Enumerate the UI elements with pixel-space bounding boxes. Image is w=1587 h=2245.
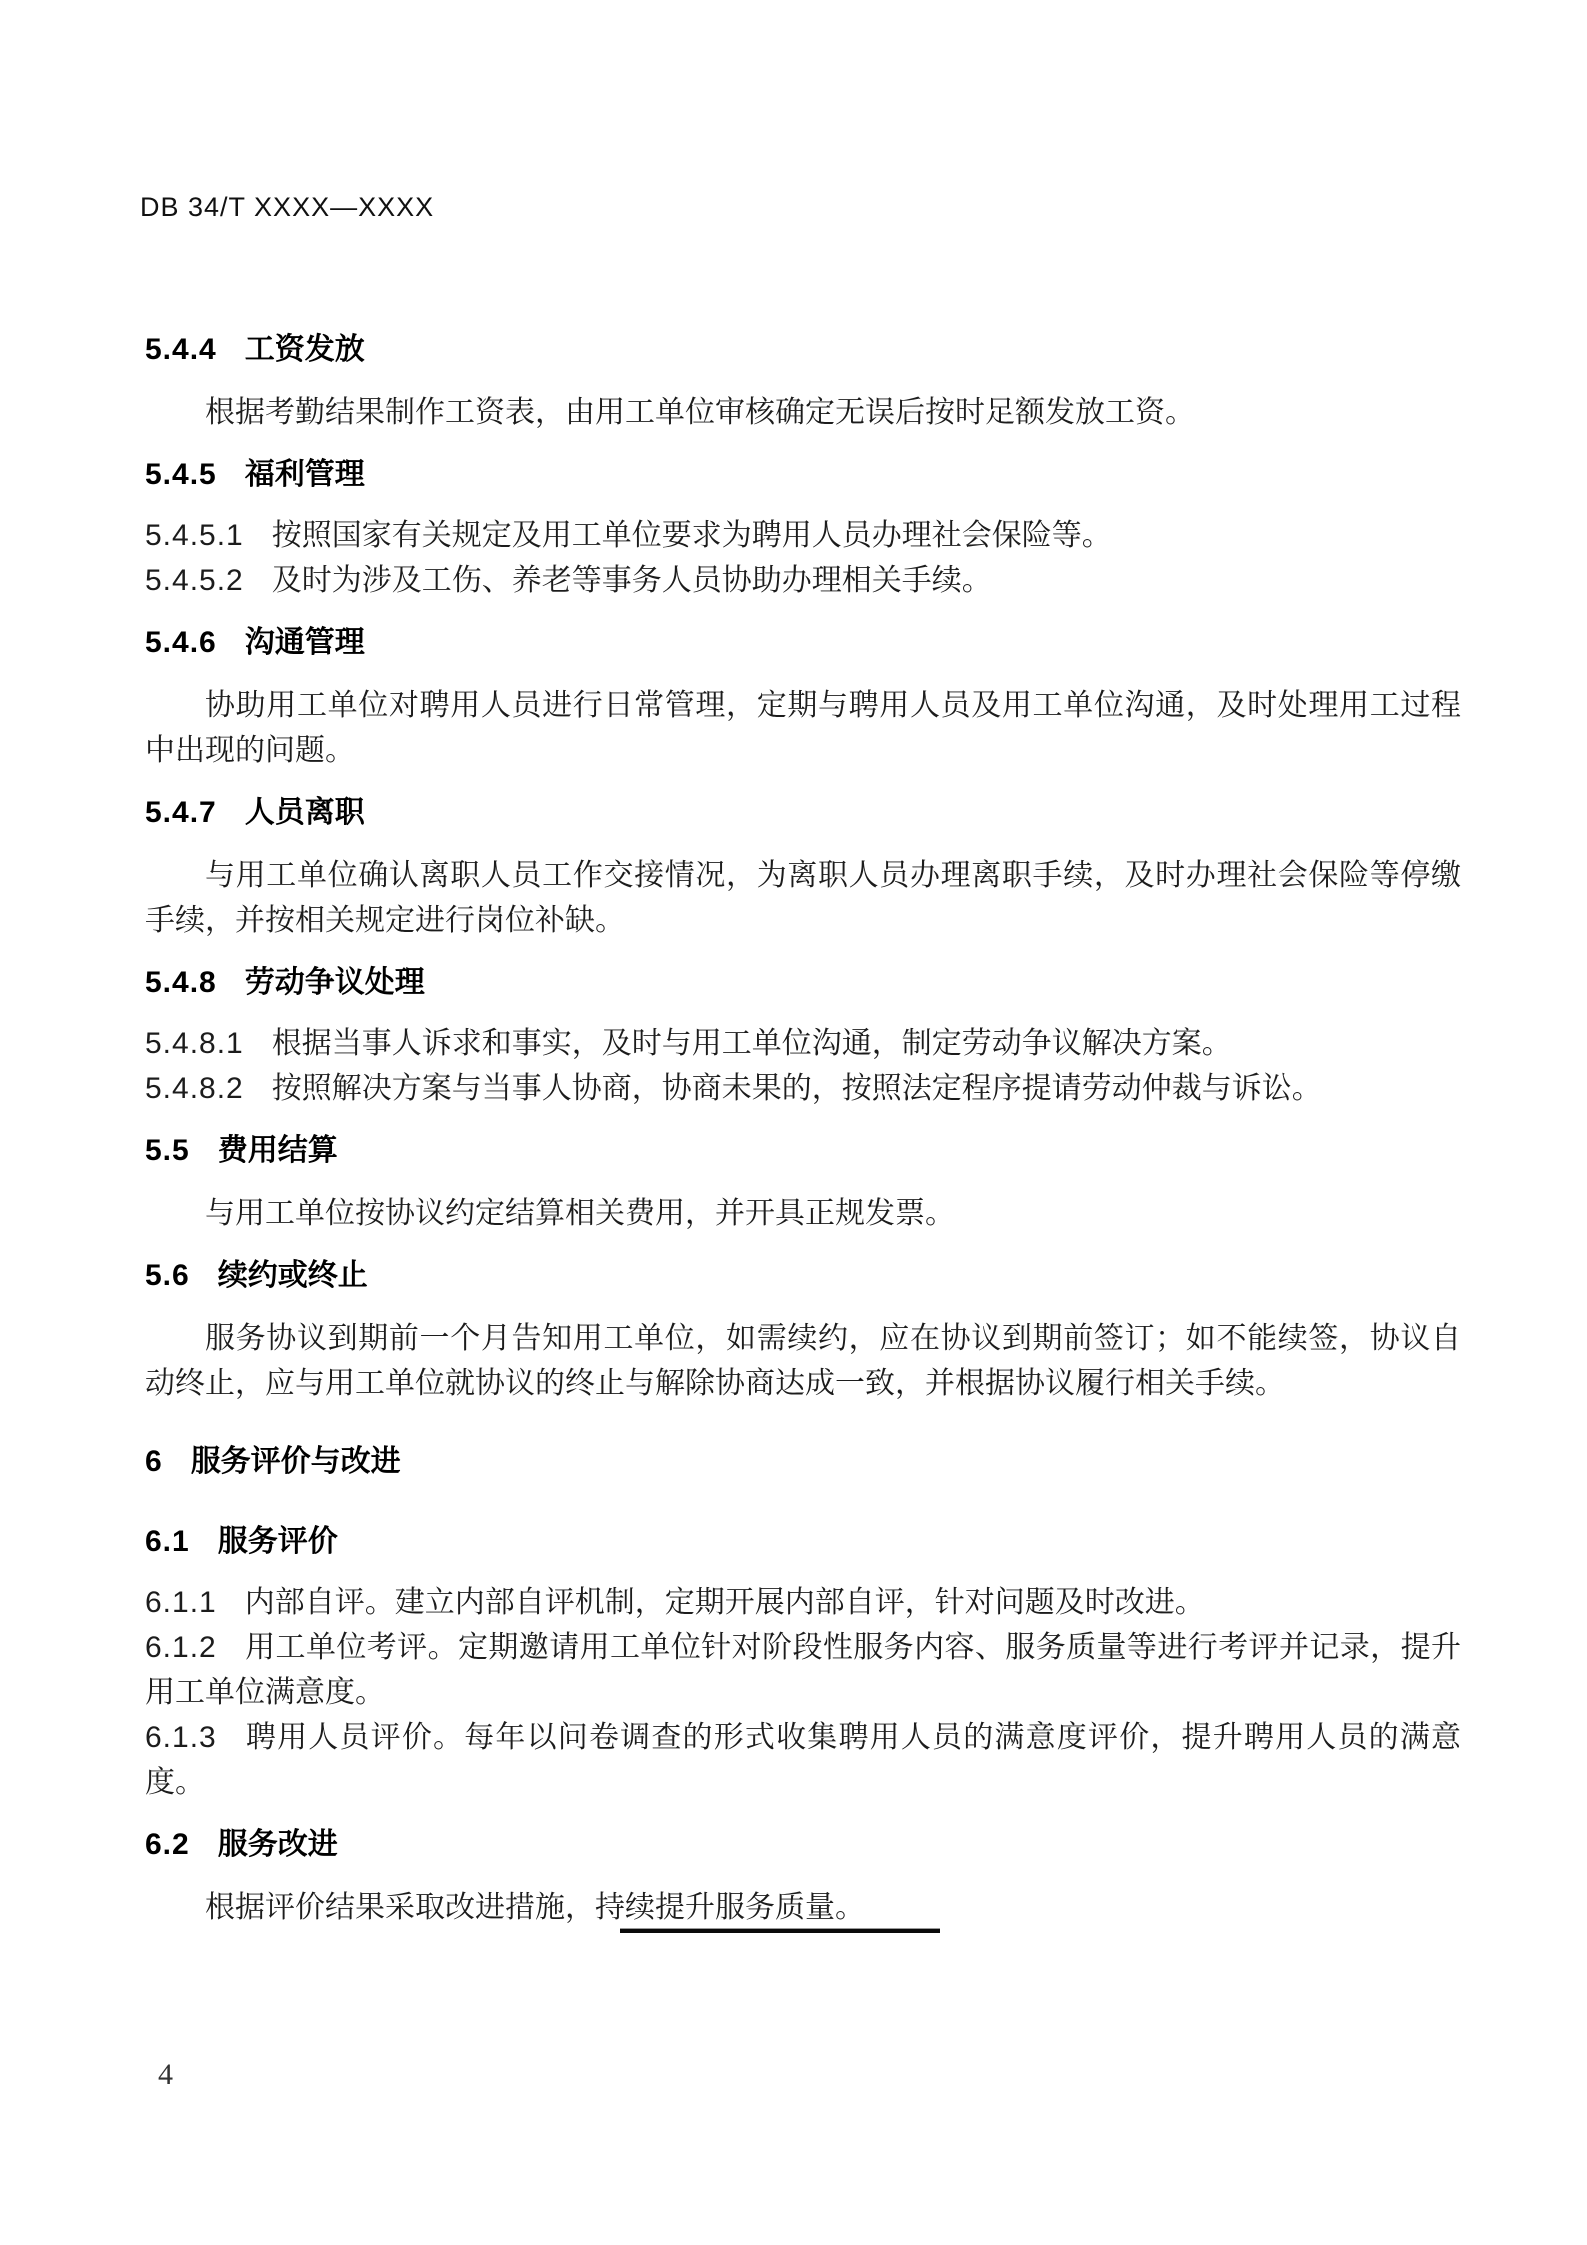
section-heading: 6服务评价与改进	[145, 1442, 1461, 1482]
paragraph-text: 与用工单位按协议约定结算相关费用，并开具正规发票。	[205, 1197, 955, 1230]
clause-heading: 5.4.5福利管理	[145, 455, 1461, 495]
clause-heading: 5.4.4工资发放	[145, 330, 1461, 370]
clause-number: 5.4.5	[145, 458, 217, 491]
clause-item-text: 根据当事人诉求和事实，及时与用工单位沟通，制定劳动争议解决方案。	[272, 1027, 1232, 1060]
clause-item-text: 用工单位考评。定期邀请用工单位针对阶段性服务内容、服务质量等进行考评并记录，提升…	[145, 1631, 1461, 1709]
document-page: { "page": { "header": "DB 34/T XXXX—XXXX…	[0, 0, 1587, 2245]
body-paragraph: 协助用工单位对聘用人员进行日常管理，定期与聘用人员及用工单位沟通，及时处理用工过…	[145, 683, 1461, 773]
clause-number: 5.6	[145, 1259, 190, 1292]
numbered-clause-item: 6.1.2用工单位考评。定期邀请用工单位针对阶段性服务内容、服务质量等进行考评并…	[145, 1625, 1461, 1715]
clause-item-text: 内部自评。建立内部自评机制，定期开展内部自评，针对问题及时改进。	[245, 1586, 1205, 1619]
clause-heading: 6.1服务评价	[145, 1522, 1461, 1562]
clause-item-number: 5.4.8.1	[145, 1027, 244, 1060]
clause-title: 费用结算	[218, 1134, 338, 1167]
clause-title: 续约或终止	[218, 1259, 368, 1292]
end-of-document-divider	[620, 1928, 940, 1933]
numbered-clause-item: 6.1.3聘用人员评价。每年以问卷调查的形式收集聘用人员的满意度评价，提升聘用人…	[145, 1715, 1461, 1805]
clause-number: 6.1	[145, 1525, 190, 1558]
body-paragraph: 根据考勤结果制作工资表，由用工单位审核确定无误后按时足额发放工资。	[145, 390, 1461, 435]
body-paragraph: 与用工单位确认离职人员工作交接情况，为离职人员办理离职手续，及时办理社会保险等停…	[145, 853, 1461, 943]
clause-title: 劳动争议处理	[245, 966, 425, 999]
clause-item-number: 6.1.3	[145, 1721, 217, 1754]
clause-heading: 5.4.8劳动争议处理	[145, 963, 1461, 1003]
numbered-clause-item: 5.4.8.1根据当事人诉求和事实，及时与用工单位沟通，制定劳动争议解决方案。	[145, 1021, 1461, 1066]
clause-item-text: 按照国家有关规定及用工单位要求为聘用人员办理社会保险等。	[272, 519, 1112, 552]
clause-number: 5.4.8	[145, 966, 217, 999]
document-code-header: DB 34/T XXXX—XXXX	[140, 192, 434, 223]
clause-item-number: 6.1.1	[145, 1586, 217, 1619]
clause-item-text: 按照解决方案与当事人协商，协商未果的，按照法定程序提请劳动仲裁与诉讼。	[272, 1072, 1322, 1105]
clause-title: 福利管理	[245, 458, 365, 491]
clause-number: 5.4.7	[145, 796, 217, 829]
clause-item-number: 6.1.2	[145, 1631, 217, 1664]
document-body: 5.4.4工资发放 根据考勤结果制作工资表，由用工单位审核确定无误后按时足额发放…	[145, 310, 1461, 1930]
clause-title: 人员离职	[245, 796, 365, 829]
clause-number: 5.5	[145, 1134, 190, 1167]
numbered-clause-item: 6.1.1内部自评。建立内部自评机制，定期开展内部自评，针对问题及时改进。	[145, 1580, 1461, 1625]
clause-title: 服务改进	[218, 1828, 338, 1861]
clause-heading: 5.6续约或终止	[145, 1256, 1461, 1296]
paragraph-text: 根据评价结果采取改进措施，持续提升服务质量。	[205, 1891, 865, 1924]
numbered-clause-item: 5.4.8.2按照解决方案与当事人协商，协商未果的，按照法定程序提请劳动仲裁与诉…	[145, 1066, 1461, 1111]
clause-item-text: 聘用人员评价。每年以问卷调查的形式收集聘用人员的满意度评价，提升聘用人员的满意度…	[145, 1721, 1461, 1799]
clause-item-number: 5.4.5.1	[145, 519, 244, 552]
clause-heading: 5.4.6沟通管理	[145, 623, 1461, 663]
body-paragraph: 与用工单位按协议约定结算相关费用，并开具正规发票。	[145, 1191, 1461, 1236]
clause-heading: 5.5费用结算	[145, 1131, 1461, 1171]
numbered-clause-item: 5.4.5.2及时为涉及工伤、养老等事务人员协助办理相关手续。	[145, 558, 1461, 603]
paragraph-text: 根据考勤结果制作工资表，由用工单位审核确定无误后按时足额发放工资。	[205, 396, 1195, 429]
clause-title: 沟通管理	[245, 626, 365, 659]
clause-title: 工资发放	[245, 333, 365, 366]
body-paragraph: 根据评价结果采取改进措施，持续提升服务质量。	[145, 1885, 1461, 1930]
paragraph-text: 服务协议到期前一个月告知用工单位，如需续约，应在协议到期前签订；如不能续签，协议…	[145, 1322, 1461, 1400]
body-paragraph: 服务协议到期前一个月告知用工单位，如需续约，应在协议到期前签订；如不能续签，协议…	[145, 1316, 1461, 1406]
clause-title: 服务评价	[218, 1525, 338, 1558]
clause-item-number: 5.4.5.2	[145, 564, 244, 597]
section-title: 服务评价与改进	[191, 1445, 401, 1478]
clause-heading: 6.2服务改进	[145, 1825, 1461, 1865]
paragraph-text: 协助用工单位对聘用人员进行日常管理，定期与聘用人员及用工单位沟通，及时处理用工过…	[145, 689, 1461, 767]
numbered-clause-item: 5.4.5.1按照国家有关规定及用工单位要求为聘用人员办理社会保险等。	[145, 513, 1461, 558]
page-number: 4	[158, 2058, 173, 2092]
clause-number: 6.2	[145, 1828, 190, 1861]
clause-number: 5.4.6	[145, 626, 217, 659]
clause-item-number: 5.4.8.2	[145, 1072, 244, 1105]
clause-item-text: 及时为涉及工伤、养老等事务人员协助办理相关手续。	[272, 564, 992, 597]
clause-number: 5.4.4	[145, 333, 217, 366]
section-number: 6	[145, 1445, 163, 1478]
clause-heading: 5.4.7人员离职	[145, 793, 1461, 833]
paragraph-text: 与用工单位确认离职人员工作交接情况，为离职人员办理离职手续，及时办理社会保险等停…	[145, 859, 1461, 937]
